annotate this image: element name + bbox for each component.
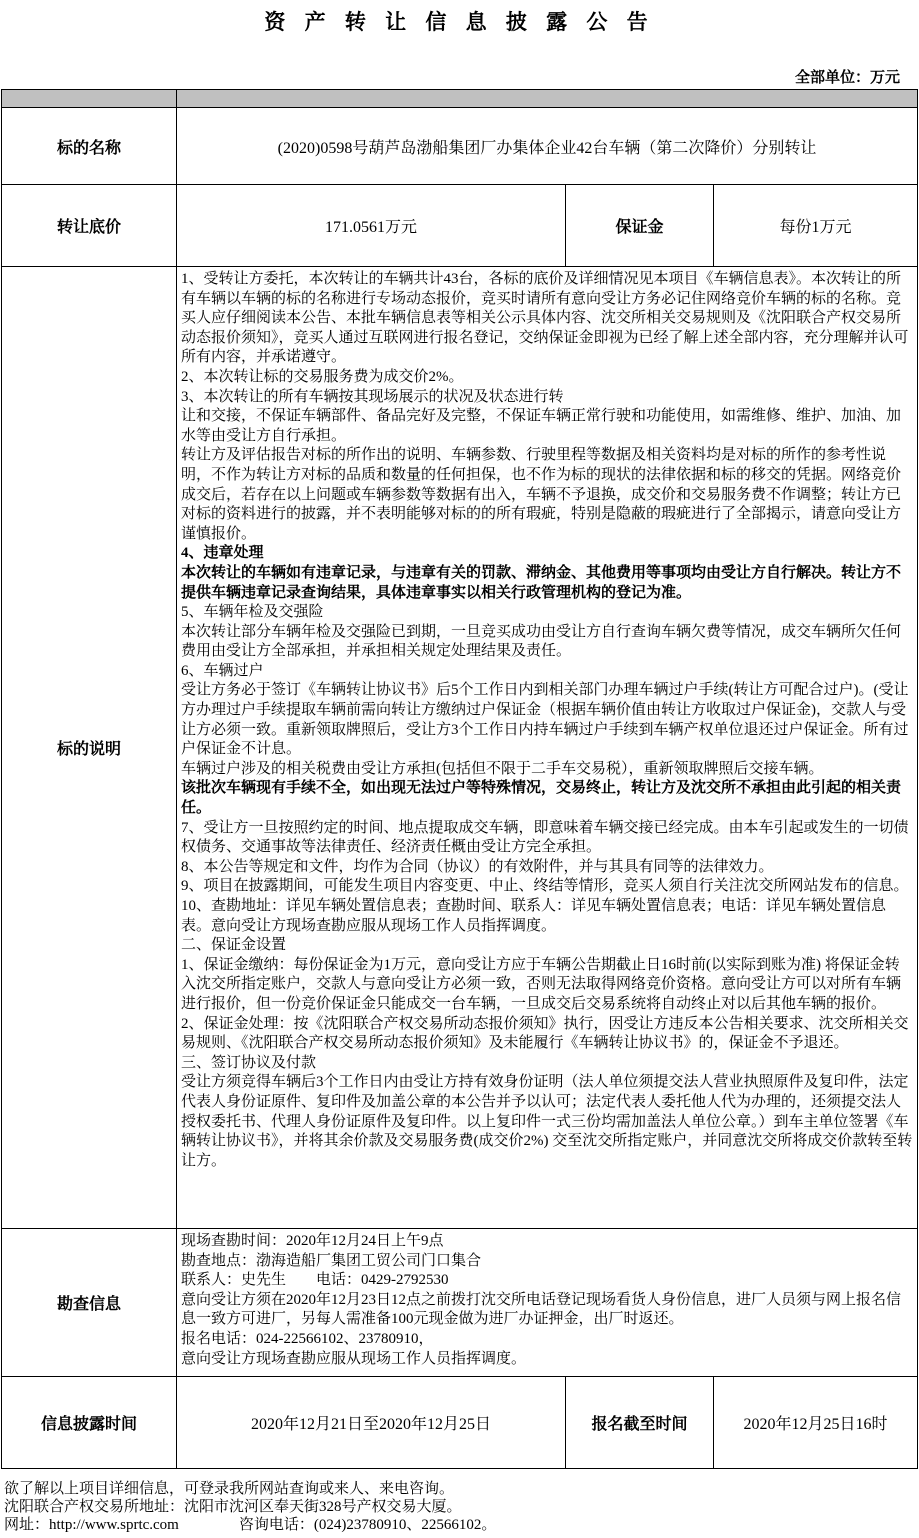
row-disclosure-period: 信息披露时间 2020年12月21日至2020年12月25日 报名截至时间 20…	[2, 1377, 918, 1469]
table-header-band	[2, 90, 918, 108]
text-line: 二、保证金设置	[181, 936, 914, 956]
text-line: 车辆过户涉及的相关税费由受让方承担(包括但不限于二手车交易税），重新领取牌照后交…	[181, 760, 914, 780]
registration-deadline-label: 报名截至时间	[566, 1377, 714, 1469]
row-base-price: 转让底价 171.0561万元 保证金 每份1万元	[2, 185, 918, 267]
text-line: 转让方及评估报告对标的所作出的说明、车辆参数、行驶里程等数据及相关资料均是对标的…	[181, 446, 914, 544]
header-band-cell-right	[177, 90, 918, 108]
footer-line-contact: 网址：http://www.sprtc.com 咨询电话：(024)237809…	[4, 1516, 919, 1534]
text-line: 9、项目在披露期间，可能发生项目内容变更、中止、终结等情形，竞买人须自行关注沈交…	[181, 877, 914, 897]
page-title: 资 产 转 让 信 息 披 露 公 告	[0, 6, 919, 36]
disclosure-table: 标的名称 (2020)0598号葫芦岛渤船集团厂办集体企业42台车辆（第二次降价…	[1, 89, 918, 1469]
footer-line-info: 欲了解以上项目详细信息，可登录我所网站查询或来人、来电咨询。	[4, 1480, 919, 1498]
header-band-cell-left	[2, 90, 177, 108]
text-line: 1、受转让方委托，本次转让的车辆共计43台，各标的底价及详细情况见本项目《车辆信…	[181, 270, 914, 368]
disclosure-period-label: 信息披露时间	[2, 1377, 177, 1469]
text-line: 本次转让的车辆如有违章记录，与违章有关的罚款、滞纳金、其他费用等事项均由受让方自…	[181, 564, 914, 603]
row-survey-info: 勘查信息 现场查勘时间：2020年12月24日上午9点勘查地点：渤海造船厂集团工…	[2, 1229, 918, 1377]
text-line: 报名电话：024-22566102、23780910，	[181, 1330, 914, 1350]
text-line: 5、车辆年检及交强险	[181, 603, 914, 623]
text-line: 4、违章处理	[181, 544, 914, 564]
text-line: 受让方须竞得车辆后3个工作日内由受让方持有效身份证明（法人单位须提交法人营业执照…	[181, 1073, 914, 1171]
subject-name-value: (2020)0598号葫芦岛渤船集团厂办集体企业42台车辆（第二次降价）分别转让	[177, 108, 918, 185]
text-line: 该批次车辆现有手续不全，如出现无法过户等特殊情况，交易终止，转让方及沈交所不承担…	[181, 779, 914, 818]
subject-description-cell: 1、受转让方委托，本次转让的车辆共计43台，各标的底价及详细情况见本项目《车辆信…	[177, 267, 918, 1229]
subject-description-text: 1、受转让方委托，本次转让的车辆共计43台，各标的底价及详细情况见本项目《车辆信…	[177, 268, 917, 1227]
subject-name-label: 标的名称	[2, 108, 177, 185]
text-line: 8、本公告等规定和文件，均作为合同（协议）的有效附件，并与其具有同等的法律效力。	[181, 858, 914, 878]
text-line: 10、查勘地址：详见车辆处置信息表；查勘时间、联系人：详见车辆处置信息表；电话：…	[181, 897, 914, 936]
text-line: 意向受让方须在2020年12月23日12点之前拨打沈交所电话登记现场看货人身份信…	[181, 1291, 914, 1330]
text-line: 现场查勘时间：2020年12月24日上午9点	[181, 1232, 914, 1252]
survey-info-label: 勘查信息	[2, 1229, 177, 1377]
text-line: 3、本次转让的所有车辆按其现场展示的状况及状态进行转	[181, 388, 914, 408]
unit-note: 全部单位：万元	[0, 66, 900, 87]
text-line: 1、保证金缴纳：每份保证金为1万元，意向受让方应于车辆公告期截止日16时前(以实…	[181, 956, 914, 1015]
text-line: 联系人：史先生 电话：0429-2792530	[181, 1271, 914, 1291]
text-line: 意向受让方现场查勘应服从现场工作人员指挥调度。	[181, 1350, 914, 1370]
row-subject-description: 标的说明 1、受转让方委托，本次转让的车辆共计43台，各标的底价及详细情况见本项…	[2, 267, 918, 1229]
text-line: 6、车辆过户	[181, 662, 914, 682]
disclosure-period-value: 2020年12月21日至2020年12月25日	[177, 1377, 566, 1469]
deposit-value: 每份1万元	[714, 185, 918, 267]
subject-description-label: 标的说明	[2, 267, 177, 1229]
text-line: 让和交接，不保证车辆部件、备品完好及完整，不保证车辆正常行驶和功能使用，如需维修…	[181, 407, 914, 446]
text-line: 2、保证金处理：按《沈阳联合产权交易所动态报价须知》执行，因受让方违反本公告相关…	[181, 1015, 914, 1054]
text-line: 7、受让方一旦按照约定的时间、地点提取成交车辆，即意味着车辆交接已经完成。由本车…	[181, 819, 914, 858]
base-price-label: 转让底价	[2, 185, 177, 267]
text-line: 2、本次转让标的交易服务费为成交价2%。	[181, 368, 914, 388]
text-line: 本次转让部分车辆年检及交强险已到期，一旦竞买成功由受让方自行查询车辆欠费等情况，…	[181, 623, 914, 662]
row-subject-name: 标的名称 (2020)0598号葫芦岛渤船集团厂办集体企业42台车辆（第二次降价…	[2, 108, 918, 185]
registration-deadline-value: 2020年12月25日16时	[714, 1377, 918, 1469]
base-price-value: 171.0561万元	[177, 185, 566, 267]
text-line: 勘查地点：渤海造船厂集团工贸公司门口集合	[181, 1252, 914, 1272]
survey-info-cell: 现场查勘时间：2020年12月24日上午9点勘查地点：渤海造船厂集团工贸公司门口…	[177, 1229, 918, 1377]
footer-line-address: 沈阳联合产权交易所地址：沈阳市沈河区奉天街328号产权交易大厦。	[4, 1498, 919, 1516]
deposit-label: 保证金	[566, 185, 714, 267]
text-line: 三、签订协议及付款	[181, 1054, 914, 1074]
survey-info-text: 现场查勘时间：2020年12月24日上午9点勘查地点：渤海造船厂集团工贸公司门口…	[177, 1230, 917, 1375]
text-line: 受让方务必于签订《车辆转让协议书》后5个工作日内到相关部门办理车辆过户手续(转让…	[181, 681, 914, 759]
footer: 欲了解以上项目详细信息，可登录我所网站查询或来人、来电咨询。 沈阳联合产权交易所…	[4, 1480, 919, 1534]
